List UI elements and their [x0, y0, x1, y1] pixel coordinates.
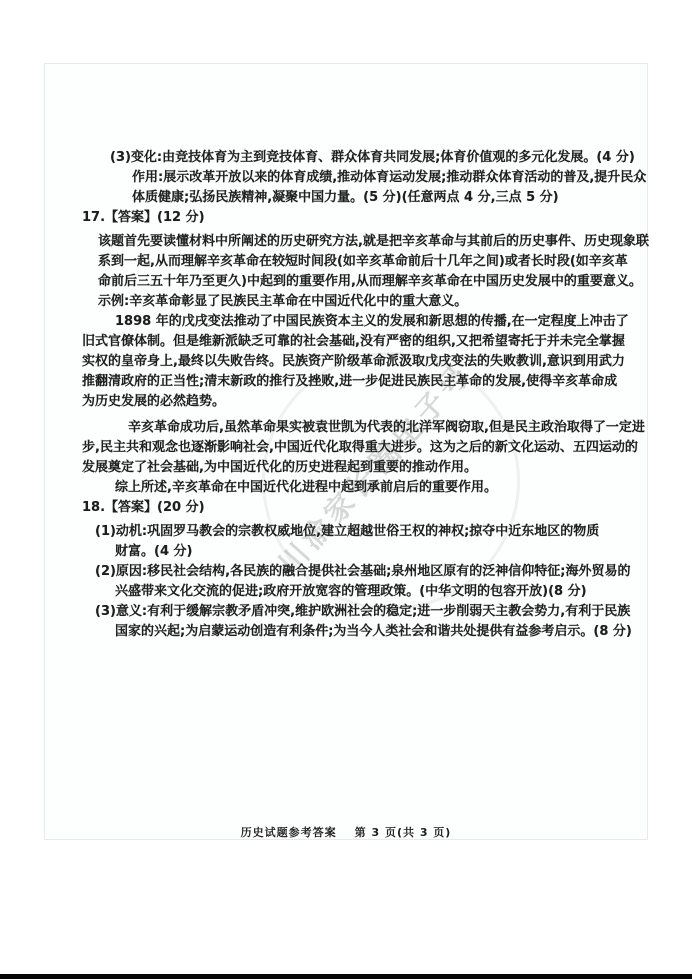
answer-line: 财富。(4 分) — [115, 542, 618, 562]
question-17-answer: 17.【答案】(12 分) 该题首先要读懂材料中所阐述的历史研究方法,就是把辛亥… — [82, 208, 618, 498]
question-18-item-1: (1)动机:巩固罗马教会的宗教权威地位,建立超越世俗王权的神权;掠夺中近东地区的… — [82, 522, 618, 562]
answer-sheet-content: (3)变化:由竞技体育为主到竞技体育、群众体育共同发展;体育价值观的多元化发展。… — [82, 148, 618, 642]
scan-bottom-black-bar — [0, 974, 692, 979]
answer-line: 步,民主共和观念也逐渐影响社会,中国近代化取得重大进步。这为之后的新文化运动、五… — [82, 438, 618, 458]
answer-line: 命前后三五十年乃至更久)中起到的重要作用,从而理解辛亥革命在中国历史发展中的重要… — [98, 272, 618, 292]
answer-line: 发展奠定了社会基础,为中国近代化的历史进程起到重要的推动作用。 — [82, 458, 618, 478]
question-18-answer: 18.【答案】(20 分) (1)动机:巩固罗马教会的宗教权威地位,建立超越世俗… — [82, 498, 618, 642]
answer-line: 推翻清政府的正当性;清末新政的推行及挫败,进一步促进民族民主革命的发展,使得辛亥… — [82, 372, 618, 392]
answer-line: (1)动机:巩固罗马教会的宗教权威地位,建立超越世俗王权的神权;掠夺中近东地区的… — [95, 522, 618, 542]
question-18-item-3: (3)意义:有利于缓解宗教矛盾冲突,维护欧洲社会的稳定;进一步削弱天主教会势力,… — [82, 602, 618, 642]
answer-line: 辛亥革命成功后,虽然革命果实被袁世凯为代表的北洋军阀窃取,但是民主政治取得了一定… — [128, 418, 618, 438]
answer-line: (3)意义:有利于缓解宗教矛盾冲突,维护欧洲社会的稳定;进一步削弱天主教会势力,… — [95, 602, 618, 622]
answer-line: 兴盛带来文化交流的促进;政府开放宽容的管理政策。(中华文明的包容开放)(8 分) — [115, 582, 618, 602]
footer-document-title: 历史试题参考答案 — [241, 826, 337, 839]
question-17-paragraph-success: 辛亥革命成功后,虽然革命果实被袁世凯为代表的北洋军阀窃取,但是民主政治取得了一定… — [82, 418, 618, 478]
question-17-paragraph-1898: 1898 年的戊戌变法推动了中国民族资本主义的发展和新思想的传播,在一定程度上冲… — [82, 312, 618, 412]
answer-line: (3)变化:由竞技体育为主到竞技体育、群众体育共同发展;体育价值观的多元化发展。… — [110, 148, 618, 168]
answer-line: 实权的皇帝身上,最终以失败告终。民族资产阶级革命派汲取戊戌变法的失败教训,意识到… — [82, 352, 618, 372]
answer-line: 作用:展示改革开放以来的体育成绩,推动体育运动发展;推动群众体育活动的普及,提升… — [132, 168, 618, 188]
answer-line: (2)原因:移民社会结构,各民族的融合提供社会基础;泉州地区原有的泛神信仰特征;… — [95, 562, 618, 582]
question-18-label: 18.【答案】(20 分) — [82, 498, 618, 518]
answer-line: 系到一起,从而理解辛亥革命在较短时间段(如辛亥革命前后十几年之间)或者长时段(如… — [98, 252, 618, 272]
answer-line: 旧式官僚体制。但是维新派缺乏可靠的社会基础,没有严密的组织,又把希望寄托于并未完… — [82, 332, 618, 352]
answer-line: 体质健康;弘扬民族精神,凝聚中国力量。(5 分)(任意两点 4 分,三点 5 分… — [132, 188, 618, 208]
footer-page-number: 第 3 页(共 3 页) — [355, 826, 452, 839]
page-footer: 历史试题参考答案第 3 页(共 3 页) — [0, 824, 692, 840]
question-17-label: 17.【答案】(12 分) — [82, 208, 618, 228]
answer-line: 示例:辛亥革命彰显了民族民主革命在中国近代化中的重大意义。 — [98, 292, 618, 312]
answer-line: 国家的兴起;为启蒙运动创造有利条件;为当今人类社会和谐共处提供有益参考启示。(8… — [115, 622, 618, 642]
question-16-item-3: (3)变化:由竞技体育为主到竞技体育、群众体育共同发展;体育价值观的多元化发展。… — [82, 148, 618, 208]
answer-line: 1898 年的戊戌变法推动了中国民族资本主义的发展和新思想的传播,在一定程度上冲… — [115, 312, 618, 332]
question-17-method-intro: 该题首先要读懂材料中所阐述的历史研究方法,就是把辛亥革命与其前后的历史事件、历史… — [82, 232, 618, 312]
answer-line: 为历史发展的必然趋势。 — [82, 392, 618, 412]
question-17-conclusion: 综上所述,辛亥革命在中国近代化进程中起到承前启后的重要作用。 — [115, 478, 618, 498]
answer-line: 该题首先要读懂材料中所阐述的历史研究方法,就是把辛亥革命与其前后的历史事件、历史… — [98, 232, 618, 252]
question-18-item-2: (2)原因:移民社会结构,各民族的融合提供社会基础;泉州地区原有的泛神信仰特征;… — [82, 562, 618, 602]
